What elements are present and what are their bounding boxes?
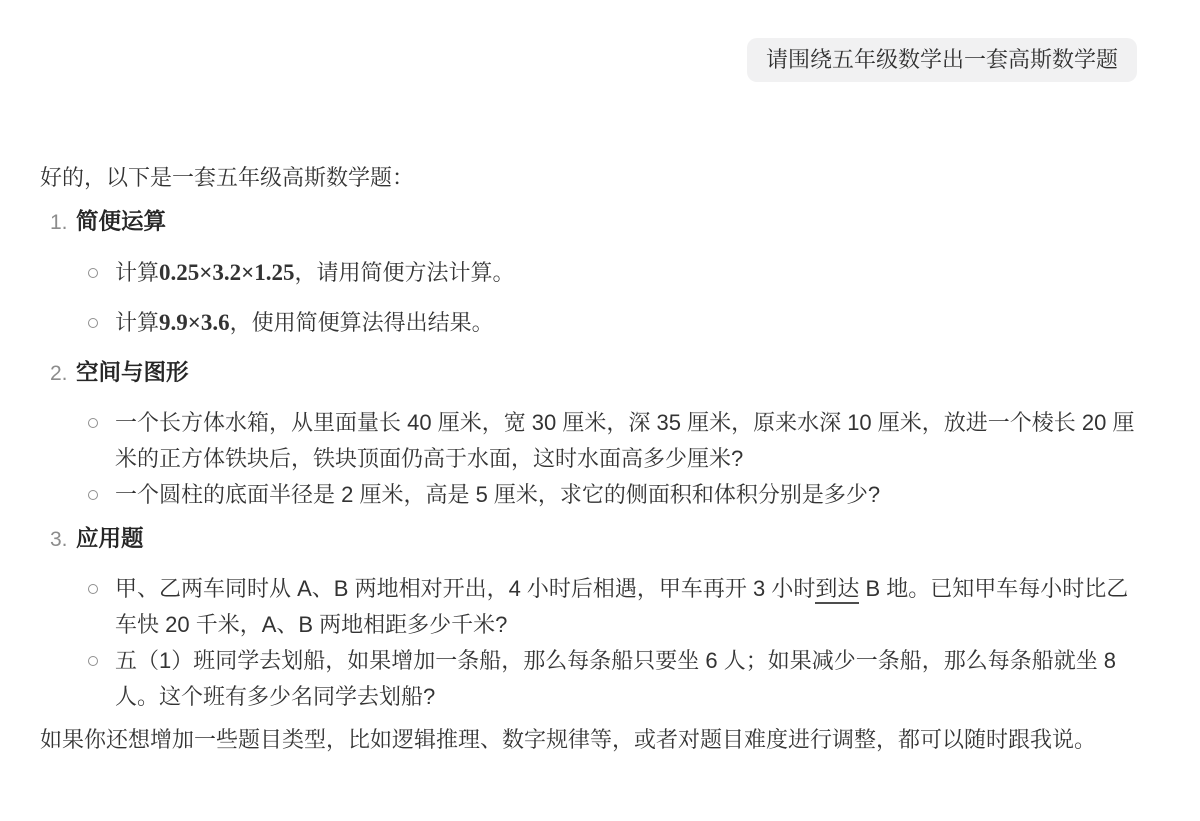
math-expression: 0.25×3.2×1.25 [159,260,294,285]
bullet-circle-icon [88,268,98,278]
section-title: 空间与图形 [76,355,189,391]
list-item-text: 一个圆柱的底面半径是 2 厘米，高是 5 厘米，求它的侧面积和体积分别是多少? [115,477,880,513]
list-item-text: 五（1）班同学去划船，如果增加一条船，那么每条船只要坐 6 人；如果减少一条船，… [115,643,1138,715]
list-item: 计算0.25×3.2×1.25，请用简便方法计算。 [40,255,1138,291]
list-item: 一个长方体水箱，从里面量长 40 厘米，宽 30 厘米，深 35 厘米，原来水深… [40,405,1138,477]
text-segment: 计算 [115,310,159,335]
section-simple-calculation: 1. 简便运算 计算0.25×3.2×1.25，请用简便方法计算。 计算9.9×… [40,204,1138,341]
chat-page: 请围绕五年级数学出一套高斯数学题 好的，以下是一套五年级高斯数学题： 1. 简便… [0,0,1200,821]
list-item-text: 一个长方体水箱，从里面量长 40 厘米，宽 30 厘米，深 35 厘米，原来水深… [115,405,1138,477]
bullet-list: 一个长方体水箱，从里面量长 40 厘米，宽 30 厘米，深 35 厘米，原来水深… [40,405,1138,513]
assistant-outro: 如果你还想增加一些题目类型，比如逻辑推理、数字规律等，或者对题目难度进行调整，都… [40,722,1138,758]
list-item-text: 计算9.9×3.6，使用简便算法得出结果。 [115,305,494,341]
math-expression: 9.9×3.6 [159,310,230,335]
section-word-problems: 3. 应用题 甲、乙两车同时从 A、B 两地相对开出，4 小时后相遇，甲车再开 … [40,521,1138,715]
section-number: 1. [50,205,76,241]
text-segment: ，请用简便方法计算。 [294,260,514,285]
bullet-circle-icon [88,656,98,666]
section-number: 2. [50,356,76,392]
bullet-list: 计算0.25×3.2×1.25，请用简便方法计算。 计算9.9×3.6，使用简便… [40,255,1138,341]
assistant-intro: 好的，以下是一套五年级高斯数学题： [40,160,1138,196]
text-segment: ，使用简便算法得出结果。 [230,310,494,335]
bullet-circle-icon [88,418,98,428]
section-title: 应用题 [76,521,144,557]
list-item: 计算9.9×3.6，使用简便算法得出结果。 [40,305,1138,341]
section-heading: 2. 空间与图形 [40,355,1138,392]
underlined-text: 到达 [815,576,859,604]
section-heading: 1. 简便运算 [40,204,1138,241]
bullet-circle-icon [88,490,98,500]
list-item-text: 计算0.25×3.2×1.25，请用简便方法计算。 [115,255,515,291]
list-item: 一个圆柱的底面半径是 2 厘米，高是 5 厘米，求它的侧面积和体积分别是多少? [40,477,1138,513]
text-segment: 计算 [115,260,159,285]
user-message-bubble: 请围绕五年级数学出一套高斯数学题 [747,38,1137,82]
bullet-list: 甲、乙两车同时从 A、B 两地相对开出，4 小时后相遇，甲车再开 3 小时到达 … [40,571,1138,715]
text-segment: 甲、乙两车同时从 A、B 两地相对开出，4 小时后相遇，甲车再开 3 小时 [115,576,815,601]
section-space-and-shapes: 2. 空间与图形 一个长方体水箱，从里面量长 40 厘米，宽 30 厘米，深 3… [40,355,1138,513]
bullet-circle-icon [88,584,98,594]
bullet-circle-icon [88,318,98,328]
user-message-row: 请围绕五年级数学出一套高斯数学题 [747,38,1137,82]
section-title: 简便运算 [76,204,166,240]
list-item: 五（1）班同学去划船，如果增加一条船，那么每条船只要坐 6 人；如果减少一条船，… [40,643,1138,715]
section-heading: 3. 应用题 [40,521,1138,558]
assistant-message: 好的，以下是一套五年级高斯数学题： 1. 简便运算 计算0.25×3.2×1.2… [40,160,1138,758]
section-number: 3. [50,522,76,558]
list-item: 甲、乙两车同时从 A、B 两地相对开出，4 小时后相遇，甲车再开 3 小时到达 … [40,571,1138,643]
list-item-text: 甲、乙两车同时从 A、B 两地相对开出，4 小时后相遇，甲车再开 3 小时到达 … [115,571,1138,643]
